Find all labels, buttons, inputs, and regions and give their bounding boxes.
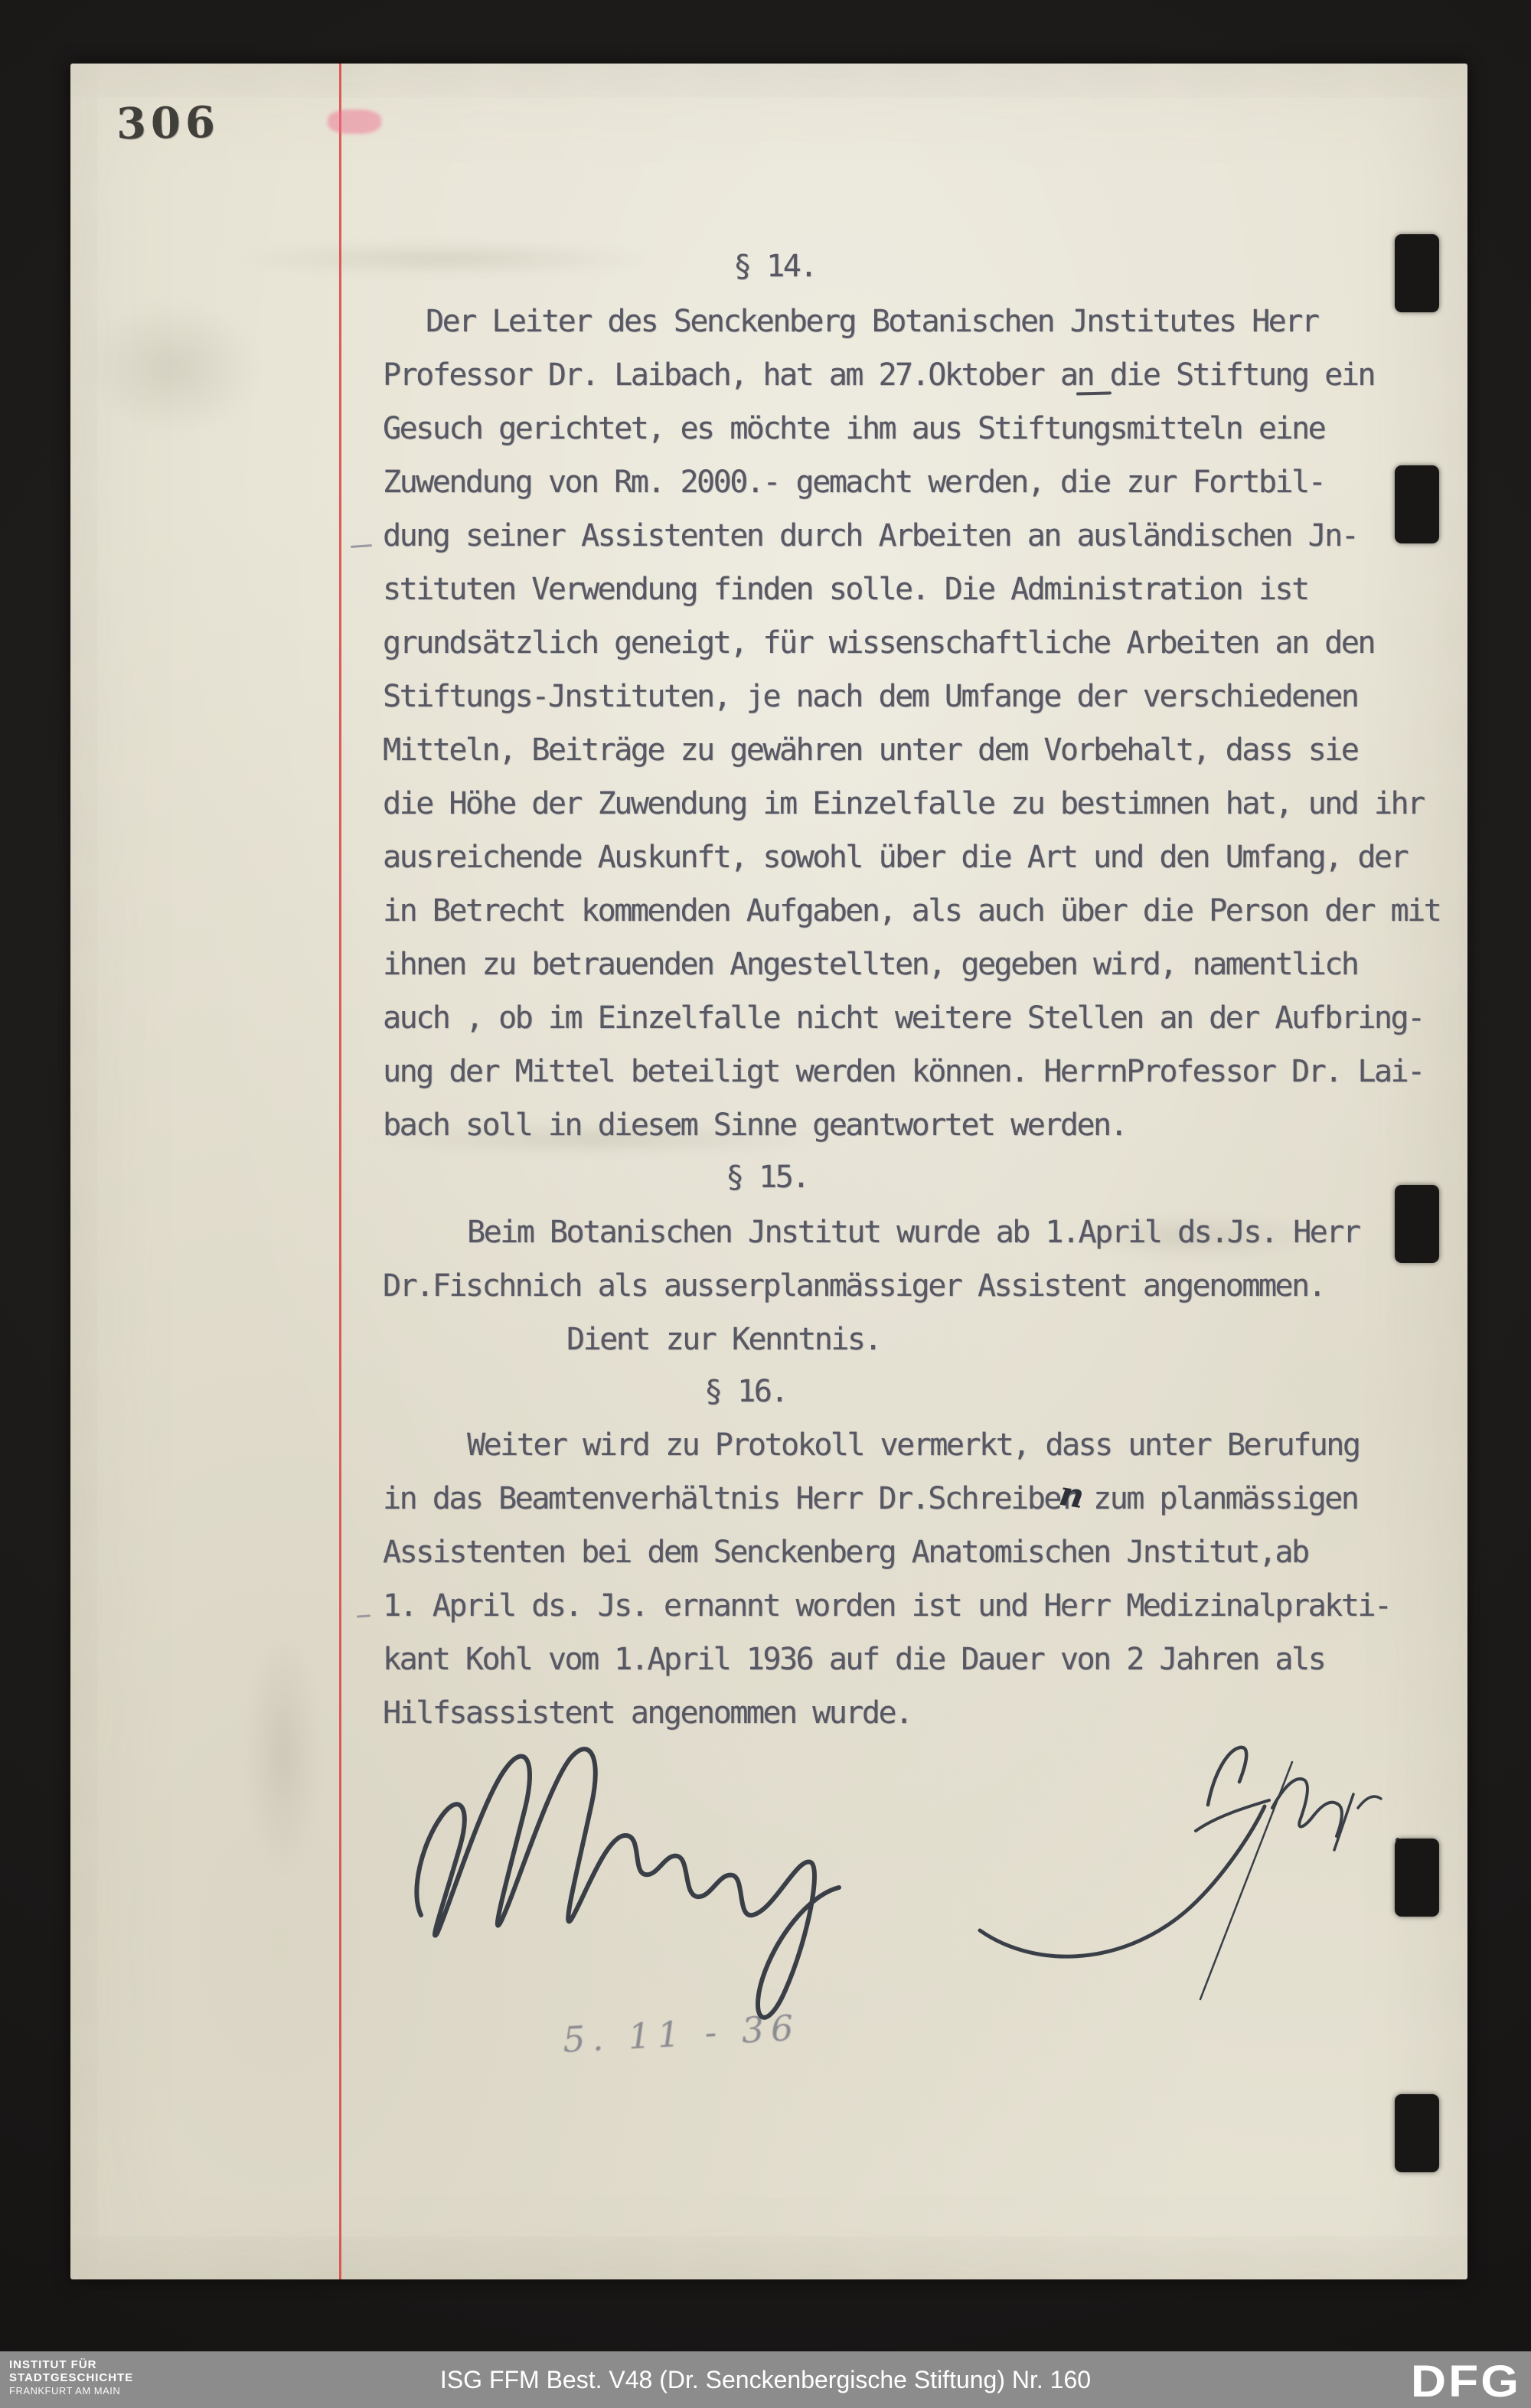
dfg-logo: DFG: [1411, 2355, 1521, 2407]
binding-tape-mark: [1395, 2094, 1439, 2172]
document-line: Mitteln, Beiträge zu gewähren unter dem …: [383, 735, 1357, 765]
document-line: ihnen zu betrauenden Angestellten, gegeb…: [383, 949, 1357, 980]
document-line: Dr.Fischnich als ausserplanmässiger Assi…: [383, 1271, 1324, 1301]
document-line: in das Beamtenverhältnis Herr Dr.Schreib…: [383, 1483, 1357, 1514]
binding-tape-mark: [1395, 465, 1439, 543]
document-line: die Höhe der Zuwendung im Einzelfalle zu…: [383, 788, 1424, 819]
pink-smudge: [328, 109, 381, 134]
document-line: Professor Dr. Laibach, hat am 27.Oktober…: [383, 360, 1374, 390]
document-line: Assistenten bei dem Senckenberg Anatomis…: [383, 1537, 1308, 1568]
document-line: in Betrecht kommenden Aufgaben, als auch…: [383, 896, 1440, 926]
scanned-archive-page: 306 § 14.Der Leiter des Senckenberg Bota…: [0, 0, 1531, 2408]
document-line: stituten Verwendung finden solle. Die Ad…: [383, 574, 1308, 605]
document-line: Weiter wird zu Protokoll vermerkt, dass …: [467, 1430, 1359, 1460]
page-number-stamp: 306: [116, 97, 220, 149]
document-line: Zuwendung von Rm. 2000.- gemacht werden,…: [383, 467, 1324, 498]
document-line: dung seiner Assistenten durch Arbeiten a…: [383, 520, 1357, 551]
document-line: Stiftungs-Jnstituten, je nach dem Umfang…: [383, 681, 1357, 712]
margin-line: [339, 64, 341, 2279]
archive-reference: ISG FFM Best. V48 (Dr. Senckenbergische …: [0, 2351, 1531, 2408]
document-line: bach soll in diesem Sinne geantwortet we…: [383, 1110, 1126, 1140]
document-line: § 14.: [733, 251, 816, 282]
document-line: Der Leiter des Senckenberg Botanischen J…: [426, 306, 1317, 337]
binding-tape-mark: [1395, 1185, 1439, 1263]
document-line: ung der Mittel beteiligt werden können. …: [383, 1056, 1424, 1087]
signature-left: [416, 1749, 839, 2018]
binding-tape-mark: [1395, 234, 1439, 312]
document-line: Gesuch gerichtet, es möchte ihm aus Stif…: [383, 413, 1324, 444]
binding-tape-mark: [1395, 1839, 1439, 1917]
document-line: kant Kohl vom 1.April 1936 auf die Dauer…: [383, 1644, 1324, 1675]
document-line: grundsätzlich geneigt, für wissenschaftl…: [383, 628, 1374, 658]
signatures-graphic: [367, 1715, 1454, 2051]
document-line: § 16.: [704, 1376, 787, 1407]
document-line: ausreichende Auskunft, sowohl über die A…: [383, 842, 1407, 873]
document-line: Dient zur Kenntnis.: [566, 1324, 880, 1355]
document-line: auch , ob im Einzelfalle nicht weitere S…: [383, 1003, 1424, 1033]
document-line: 1. April ds. Js. ernannt worden ist und …: [383, 1591, 1391, 1621]
footer-bar: INSTITUT FÜR STADTGESCHICHTE FRANKFURT A…: [0, 2351, 1531, 2408]
document-line: § 15.: [726, 1162, 808, 1193]
document-line: Beim Botanischen Jnstitut wurde ab 1.Apr…: [467, 1217, 1359, 1248]
signature-right: [980, 1747, 1399, 1999]
